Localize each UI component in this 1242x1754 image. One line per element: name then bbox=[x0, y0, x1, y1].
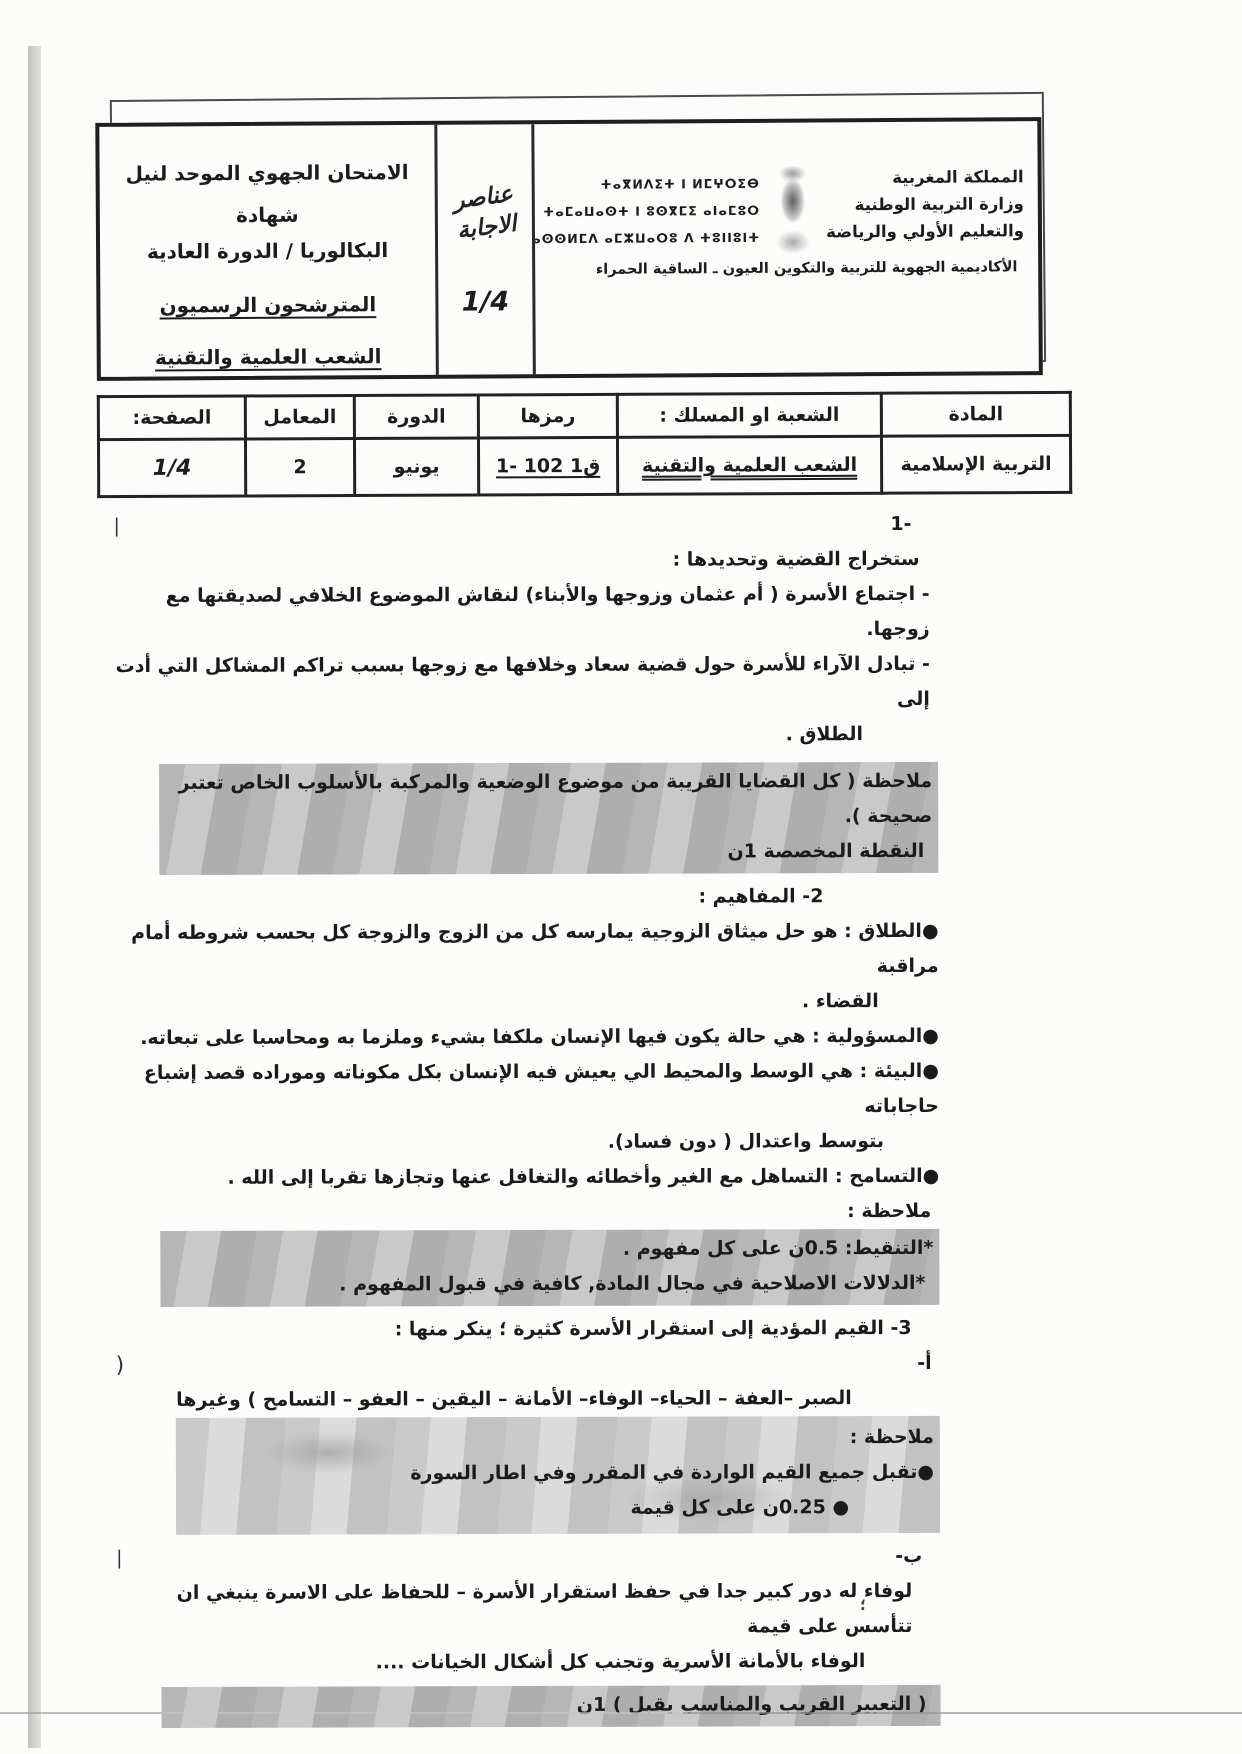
exam-header: المملكة المغربية وزارة التربية الوطنية و… bbox=[94, 93, 1046, 381]
exam-title-column: الامتحان الجهوي الموحد لنيل شهادة البكال… bbox=[99, 125, 436, 377]
code-header: رمزها bbox=[478, 394, 617, 438]
handwritten-answer-note: عناصر الاجابة bbox=[434, 177, 535, 249]
stray-bottom-mark: ؛ bbox=[860, 1596, 866, 1614]
info-table-value-row: التربية الإسلامية الشعب العلمية والتقنية… bbox=[98, 435, 1070, 496]
concept-line: ●البيئة : هي الوسط والمحيط الي يعيش فيه … bbox=[115, 1054, 939, 1126]
answer-line: الطلاق . bbox=[114, 717, 938, 754]
subject-value: التربية الإسلامية bbox=[881, 435, 1070, 493]
item-letter: ب- bbox=[895, 1539, 940, 1574]
answer-line: لوفاء له دور كبير جدا في حفظ استقرار الأ… bbox=[116, 1574, 940, 1646]
highlighted-note-block-2: *التنقيط: 0.5ن على كل مفهوم . *الدلالات … bbox=[160, 1229, 939, 1307]
scan-bottom-line bbox=[0, 1712, 1242, 1714]
highlighted-note-block-3: ملاحظة : ●تقبل جميع القيم الواردة في الم… bbox=[176, 1416, 940, 1535]
concept-line: ●المسؤولية : هي حالة يكون فيها الإنسان م… bbox=[115, 1019, 939, 1056]
values-list-line: الصبر –العفة – الحياء– الوفاء– الأمانة –… bbox=[116, 1381, 940, 1418]
page-fraction: 1/4 bbox=[438, 286, 532, 318]
item-number: -1 bbox=[890, 507, 937, 542]
answer-line: - تبادل الآراء للأسرة حول قضية سعاد وخلا… bbox=[114, 647, 938, 719]
points-line: النقطة المخصصة 1ن bbox=[165, 834, 932, 871]
concept-line: القضاء . bbox=[115, 984, 939, 1021]
ministry-tifinagh-line2: ⴰⵙⵙⵍⵎⴷ ⴰⵎⵣⵡⴰⵔⵓ ⴷ ⵜⵓⵏⵏⵓⵏⵜ bbox=[532, 224, 760, 252]
grading-line: *التنقيط: 0.5ن على كل مفهوم . bbox=[166, 1231, 933, 1268]
grading-line: ( التعبير القريب والمناسب يقبل ) 1ن bbox=[168, 1687, 935, 1724]
exam-info-table: المادة الشعبة او المسلك : رمزها الدورة ا… bbox=[97, 391, 1072, 498]
academy-name: الأكاديمية الجهوية للتربية والتكوين العي… bbox=[535, 259, 1038, 278]
points-line: ● 0.25ن على كل قيمة bbox=[182, 1490, 934, 1527]
code-value: 1- 102 ق1 bbox=[478, 437, 617, 495]
page-header: الصفحة: bbox=[98, 396, 245, 440]
ministry-tifinagh-text: ⵜⴰⴳⵍⴷⵉⵜ ⵏ ⵍⵎⵖⵔⵉⴱ ⵜⴰⵎⴰⵡⴰⵙⵜ ⵏ ⵓⵙⴳⵎⵉ ⴰⵏⴰⵎⵓⵔ… bbox=[532, 165, 761, 252]
ministry-name-line2: والتعليم الأولي والرياضة bbox=[826, 217, 1024, 245]
stream-header: الشعبة او المسلك : bbox=[617, 393, 881, 437]
item-letter: أ- bbox=[917, 1346, 939, 1381]
ministry-seal-logo bbox=[770, 166, 817, 252]
streams-label: الشعب العلمية والتقنية bbox=[155, 343, 382, 370]
answer-content: -1 | ستخراج القضية وتحديدها : - اجتماع ا… bbox=[113, 501, 940, 1728]
item-a-row: أ- ( bbox=[116, 1346, 940, 1383]
note-line: ●تقبل جميع القيم الواردة في المقرر وفي ا… bbox=[182, 1455, 934, 1492]
answer-line: ستخراج القضية وتحديدها : bbox=[114, 542, 938, 579]
item-b-row: ب- | bbox=[116, 1539, 940, 1576]
scan-edge-shadow bbox=[28, 46, 41, 1748]
ministry-name-line1: وزارة التربية الوطنية bbox=[826, 190, 1024, 218]
concept-line: ●التسامح : التساهل مع الغير وأخطائه والت… bbox=[115, 1159, 939, 1196]
answer-key-column: عناصر الاجابة 1/4 bbox=[434, 124, 536, 375]
note-label: ملاحظة : bbox=[115, 1194, 939, 1231]
answer-line: الوفاء بالأمانة الأسرية وتجنب كل أشكال ا… bbox=[116, 1644, 940, 1681]
stream-value-text: الشعب العلمية والتقنية bbox=[642, 454, 857, 477]
highlighted-note-block-4: ( التعبير القريب والمناسب يقبل ) 1ن bbox=[161, 1685, 940, 1728]
section-3-title: 3- القيم المؤدية إلى استقرار الأسرة كثير… bbox=[116, 1311, 940, 1348]
exam-title-line1: الامتحان الجهوي الموحد لنيل شهادة bbox=[99, 151, 435, 237]
candidates-label: المترشحون الرسميون bbox=[159, 291, 376, 318]
subject-header: المادة bbox=[881, 392, 1070, 436]
note-label: ملاحظة : bbox=[182, 1420, 934, 1457]
code-value-text: 1- 102 ق1 bbox=[496, 455, 600, 477]
coefficient-header: المعامل bbox=[245, 396, 354, 439]
grading-line: *الدلالات الاصلاحية في مجال المادة, كافي… bbox=[166, 1266, 933, 1303]
government-row: المملكة المغربية وزارة التربية الوطنية و… bbox=[535, 163, 1039, 254]
section-2-title: 2- المفاهيم : bbox=[114, 879, 938, 916]
note-line: ملاحظة ( كل القضايا القريبة من موضوع الو… bbox=[165, 764, 932, 836]
kingdom-name-tifinagh: ⵜⴰⴳⵍⴷⵉⵜ ⵏ ⵍⵎⵖⵔⵉⴱ bbox=[532, 170, 760, 198]
coefficient-value: 2 bbox=[245, 439, 354, 496]
stray-tick-mark: | bbox=[113, 509, 119, 544]
exam-title-line2: البكالوريا / الدورة العادية bbox=[100, 235, 435, 267]
ministry-tifinagh-line1: ⵜⴰⵎⴰⵡⴰⵙⵜ ⵏ ⵓⵙⴳⵎⵉ ⴰⵏⴰⵎⵓⵔ bbox=[532, 197, 760, 225]
answer-line: - اجتماع الأسرة ( أم عثمان وزوجها والأبن… bbox=[114, 577, 938, 649]
concept-line: ●الطلاق : هو حل ميثاق الزوجية يمارسه كل … bbox=[114, 914, 938, 986]
scanned-exam-page: المملكة المغربية وزارة التربية الوطنية و… bbox=[0, 0, 1242, 1754]
page-value: 1/4 bbox=[98, 439, 245, 497]
session-header: الدورة bbox=[354, 395, 478, 439]
session-value: يونيو bbox=[354, 438, 478, 496]
stray-tick-mark: | bbox=[116, 1541, 122, 1576]
kingdom-name: المملكة المغربية bbox=[826, 163, 1024, 191]
concept-line: بتوسط واعتدال ( دون فساد). bbox=[115, 1124, 939, 1161]
header-box: المملكة المغربية وزارة التربية الوطنية و… bbox=[95, 117, 1043, 381]
stream-value: الشعب العلمية والتقنية bbox=[617, 436, 881, 494]
stray-paren-mark: ( bbox=[116, 1348, 125, 1383]
ministry-arabic-text: المملكة المغربية وزارة التربية الوطنية و… bbox=[826, 163, 1024, 245]
item-1-row: -1 | bbox=[113, 507, 937, 544]
info-table-header-row: المادة الشعبة او المسلك : رمزها الدورة ا… bbox=[98, 392, 1070, 439]
official-header-column: المملكة المغربية وزارة التربية الوطنية و… bbox=[534, 121, 1039, 374]
highlighted-note-block-1: ملاحظة ( كل القضايا القريبة من موضوع الو… bbox=[159, 762, 938, 875]
